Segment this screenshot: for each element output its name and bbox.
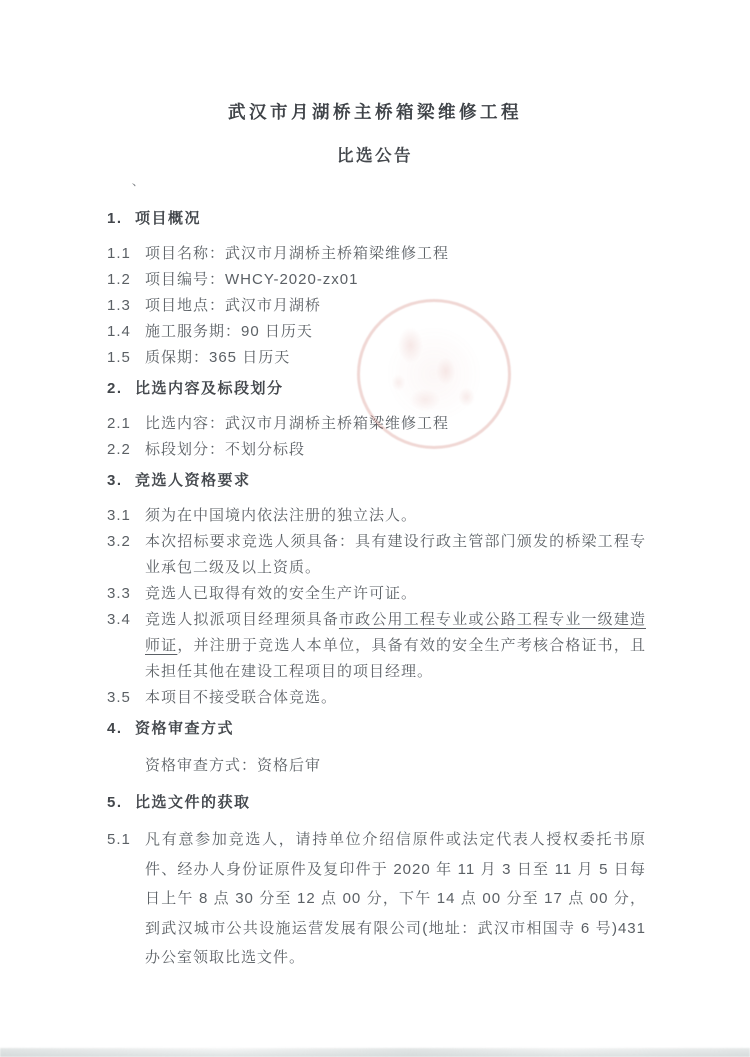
item-3-1: 3.1须为在中国境内依法注册的独立法人。 xyxy=(107,503,646,529)
item-number: 3.1 xyxy=(107,503,145,529)
section-5: 5.比选文件的获取5.1凡有意参加竞选人，请持单位介绍信原件或法定代表人授权委托… xyxy=(107,791,646,973)
section-heading: 2.比选内容及标段划分 xyxy=(107,377,646,401)
section-title: 比选内容及标段划分 xyxy=(135,377,284,401)
item-1-1: 1.1项目名称：武汉市月湖桥主桥箱梁维修工程 xyxy=(107,241,646,267)
section-heading: 3.竞选人资格要求 xyxy=(107,469,646,493)
item-text-part: ，并注册于竞选人本单位，具备有效的安全生产考核合格证书，且未担任其他在建设工程项… xyxy=(145,637,646,680)
item-text: 凡有意参加竞选人，请持单位介绍信原件或法定代表人授权委托书原件、经办人身份证原件… xyxy=(145,825,646,973)
item-2-2: 2.2标段划分：不划分标段 xyxy=(107,437,646,463)
item-number: 3.4 xyxy=(107,607,145,685)
item-text-part: 竞选人拟派项目经理须具备 xyxy=(145,611,339,628)
item-text: 竞选人已取得有效的安全生产许可证。 xyxy=(145,581,646,607)
section-number: 2. xyxy=(107,377,135,401)
section-note: 资格审查方式：资格后审 xyxy=(145,753,646,779)
item-3-3: 3.3竞选人已取得有效的安全生产许可证。 xyxy=(107,581,646,607)
item-number: 3.2 xyxy=(107,529,145,581)
item-text: 竞选人拟派项目经理须具备市政公用工程专业或公路工程专业一级建造师证，并注册于竞选… xyxy=(145,607,646,685)
item-text-part: 项目地点：武汉市月湖桥 xyxy=(145,297,321,314)
item-number: 1.5 xyxy=(107,345,145,371)
item-text-part: 本项目不接受联合体竞选。 xyxy=(145,689,337,706)
item-number: 1.4 xyxy=(107,319,145,345)
section-heading: 5.比选文件的获取 xyxy=(107,791,646,815)
item-text-part: 竞选人已取得有效的安全生产许可证。 xyxy=(145,585,417,602)
item-1-2: 1.2项目编号：WHCY-2020-zx01 xyxy=(107,267,646,293)
section-title: 项目概况 xyxy=(135,207,201,231)
document-title: 武汉市月湖桥主桥箱梁维修工程 xyxy=(0,100,750,124)
item-text-part: 须为在中国境内依法注册的独立法人。 xyxy=(145,507,417,524)
document-subtitle: 比选公告 xyxy=(0,145,750,167)
item-text: 本项目不接受联合体竞选。 xyxy=(145,685,646,711)
item-text: 比选内容：武汉市月湖桥主桥箱梁维修工程 xyxy=(145,411,646,437)
item-number: 1.3 xyxy=(107,293,145,319)
section-4: 4.资格审查方式资格审查方式：资格后审 xyxy=(107,717,646,779)
item-1-3: 1.3项目地点：武汉市月湖桥 xyxy=(107,293,646,319)
item-text-part: 比选内容：武汉市月湖桥主桥箱梁维修工程 xyxy=(145,415,449,432)
section-title: 资格审查方式 xyxy=(135,717,234,741)
item-number: 1.2 xyxy=(107,267,145,293)
item-3-5: 3.5本项目不接受联合体竞选。 xyxy=(107,685,646,711)
item-2-1: 2.1比选内容：武汉市月湖桥主桥箱梁维修工程 xyxy=(107,411,646,437)
document-body: 1.项目概况1.1项目名称：武汉市月湖桥主桥箱梁维修工程1.2项目编号：WHCY… xyxy=(107,207,646,973)
item-number: 2.1 xyxy=(107,411,145,437)
item-number: 3.3 xyxy=(107,581,145,607)
item-text-part: 质保期：365 日历天 xyxy=(145,349,290,366)
item-5-1: 5.1凡有意参加竞选人，请持单位介绍信原件或法定代表人授权委托书原件、经办人身份… xyxy=(107,825,646,973)
section-title: 比选文件的获取 xyxy=(135,791,251,815)
scan-bottom-edge xyxy=(0,1048,750,1057)
item-number: 5.1 xyxy=(107,825,145,973)
item-text-part: 项目编号：WHCY-2020-zx01 xyxy=(145,271,359,288)
scanned-document-page: 武汉市月湖桥主桥箱梁维修工程 比选公告 、 1.项目概况1.1项目名称：武汉市月… xyxy=(0,0,750,1057)
item-number: 2.2 xyxy=(107,437,145,463)
item-text: 标段划分：不划分标段 xyxy=(145,437,646,463)
section-title: 竞选人资格要求 xyxy=(135,469,251,493)
section-heading: 4.资格审查方式 xyxy=(107,717,646,741)
item-3-4: 3.4竞选人拟派项目经理须具备市政公用工程专业或公路工程专业一级建造师证，并注册… xyxy=(107,607,646,685)
item-1-4: 1.4施工服务期：90 日历天 xyxy=(107,319,646,345)
section-2: 2.比选内容及标段划分2.1比选内容：武汉市月湖桥主桥箱梁维修工程2.2标段划分… xyxy=(107,377,646,463)
section-1: 1.项目概况1.1项目名称：武汉市月湖桥主桥箱梁维修工程1.2项目编号：WHCY… xyxy=(107,207,646,371)
stray-pen-mark: 、 xyxy=(130,169,145,189)
item-text: 施工服务期：90 日历天 xyxy=(145,319,646,345)
section-number: 3. xyxy=(107,469,135,493)
section-number: 5. xyxy=(107,791,135,815)
item-text-part: 标段划分：不划分标段 xyxy=(145,441,305,458)
item-text: 项目编号：WHCY-2020-zx01 xyxy=(145,267,646,293)
section-heading: 1.项目概况 xyxy=(107,207,646,231)
item-number: 3.5 xyxy=(107,685,145,711)
item-number: 1.1 xyxy=(107,241,145,267)
item-text: 项目地点：武汉市月湖桥 xyxy=(145,293,646,319)
item-text-part: 凡有意参加竞选人，请持单位介绍信原件或法定代表人授权委托书原件、经办人身份证原件… xyxy=(145,831,646,966)
title-block: 武汉市月湖桥主桥箱梁维修工程 比选公告 xyxy=(0,0,750,167)
section-3: 3.竞选人资格要求3.1须为在中国境内依法注册的独立法人。3.2本次招标要求竞选… xyxy=(107,469,646,711)
section-number: 1. xyxy=(107,207,135,231)
item-text: 质保期：365 日历天 xyxy=(145,345,646,371)
item-text: 本次招标要求竞选人须具备：具有建设行政主管部门颁发的桥梁工程专业承包二级及以上资… xyxy=(145,529,646,581)
section-number: 4. xyxy=(107,717,135,741)
item-text-part: 本次招标要求竞选人须具备：具有建设行政主管部门颁发的桥梁工程专业承包二级及以上资… xyxy=(145,533,646,576)
item-text-part: 施工服务期：90 日历天 xyxy=(145,323,313,340)
item-3-2: 3.2本次招标要求竞选人须具备：具有建设行政主管部门颁发的桥梁工程专业承包二级及… xyxy=(107,529,646,581)
item-1-5: 1.5质保期：365 日历天 xyxy=(107,345,646,371)
item-text-part: 项目名称：武汉市月湖桥主桥箱梁维修工程 xyxy=(145,245,449,262)
item-text: 须为在中国境内依法注册的独立法人。 xyxy=(145,503,646,529)
item-text: 项目名称：武汉市月湖桥主桥箱梁维修工程 xyxy=(145,241,646,267)
